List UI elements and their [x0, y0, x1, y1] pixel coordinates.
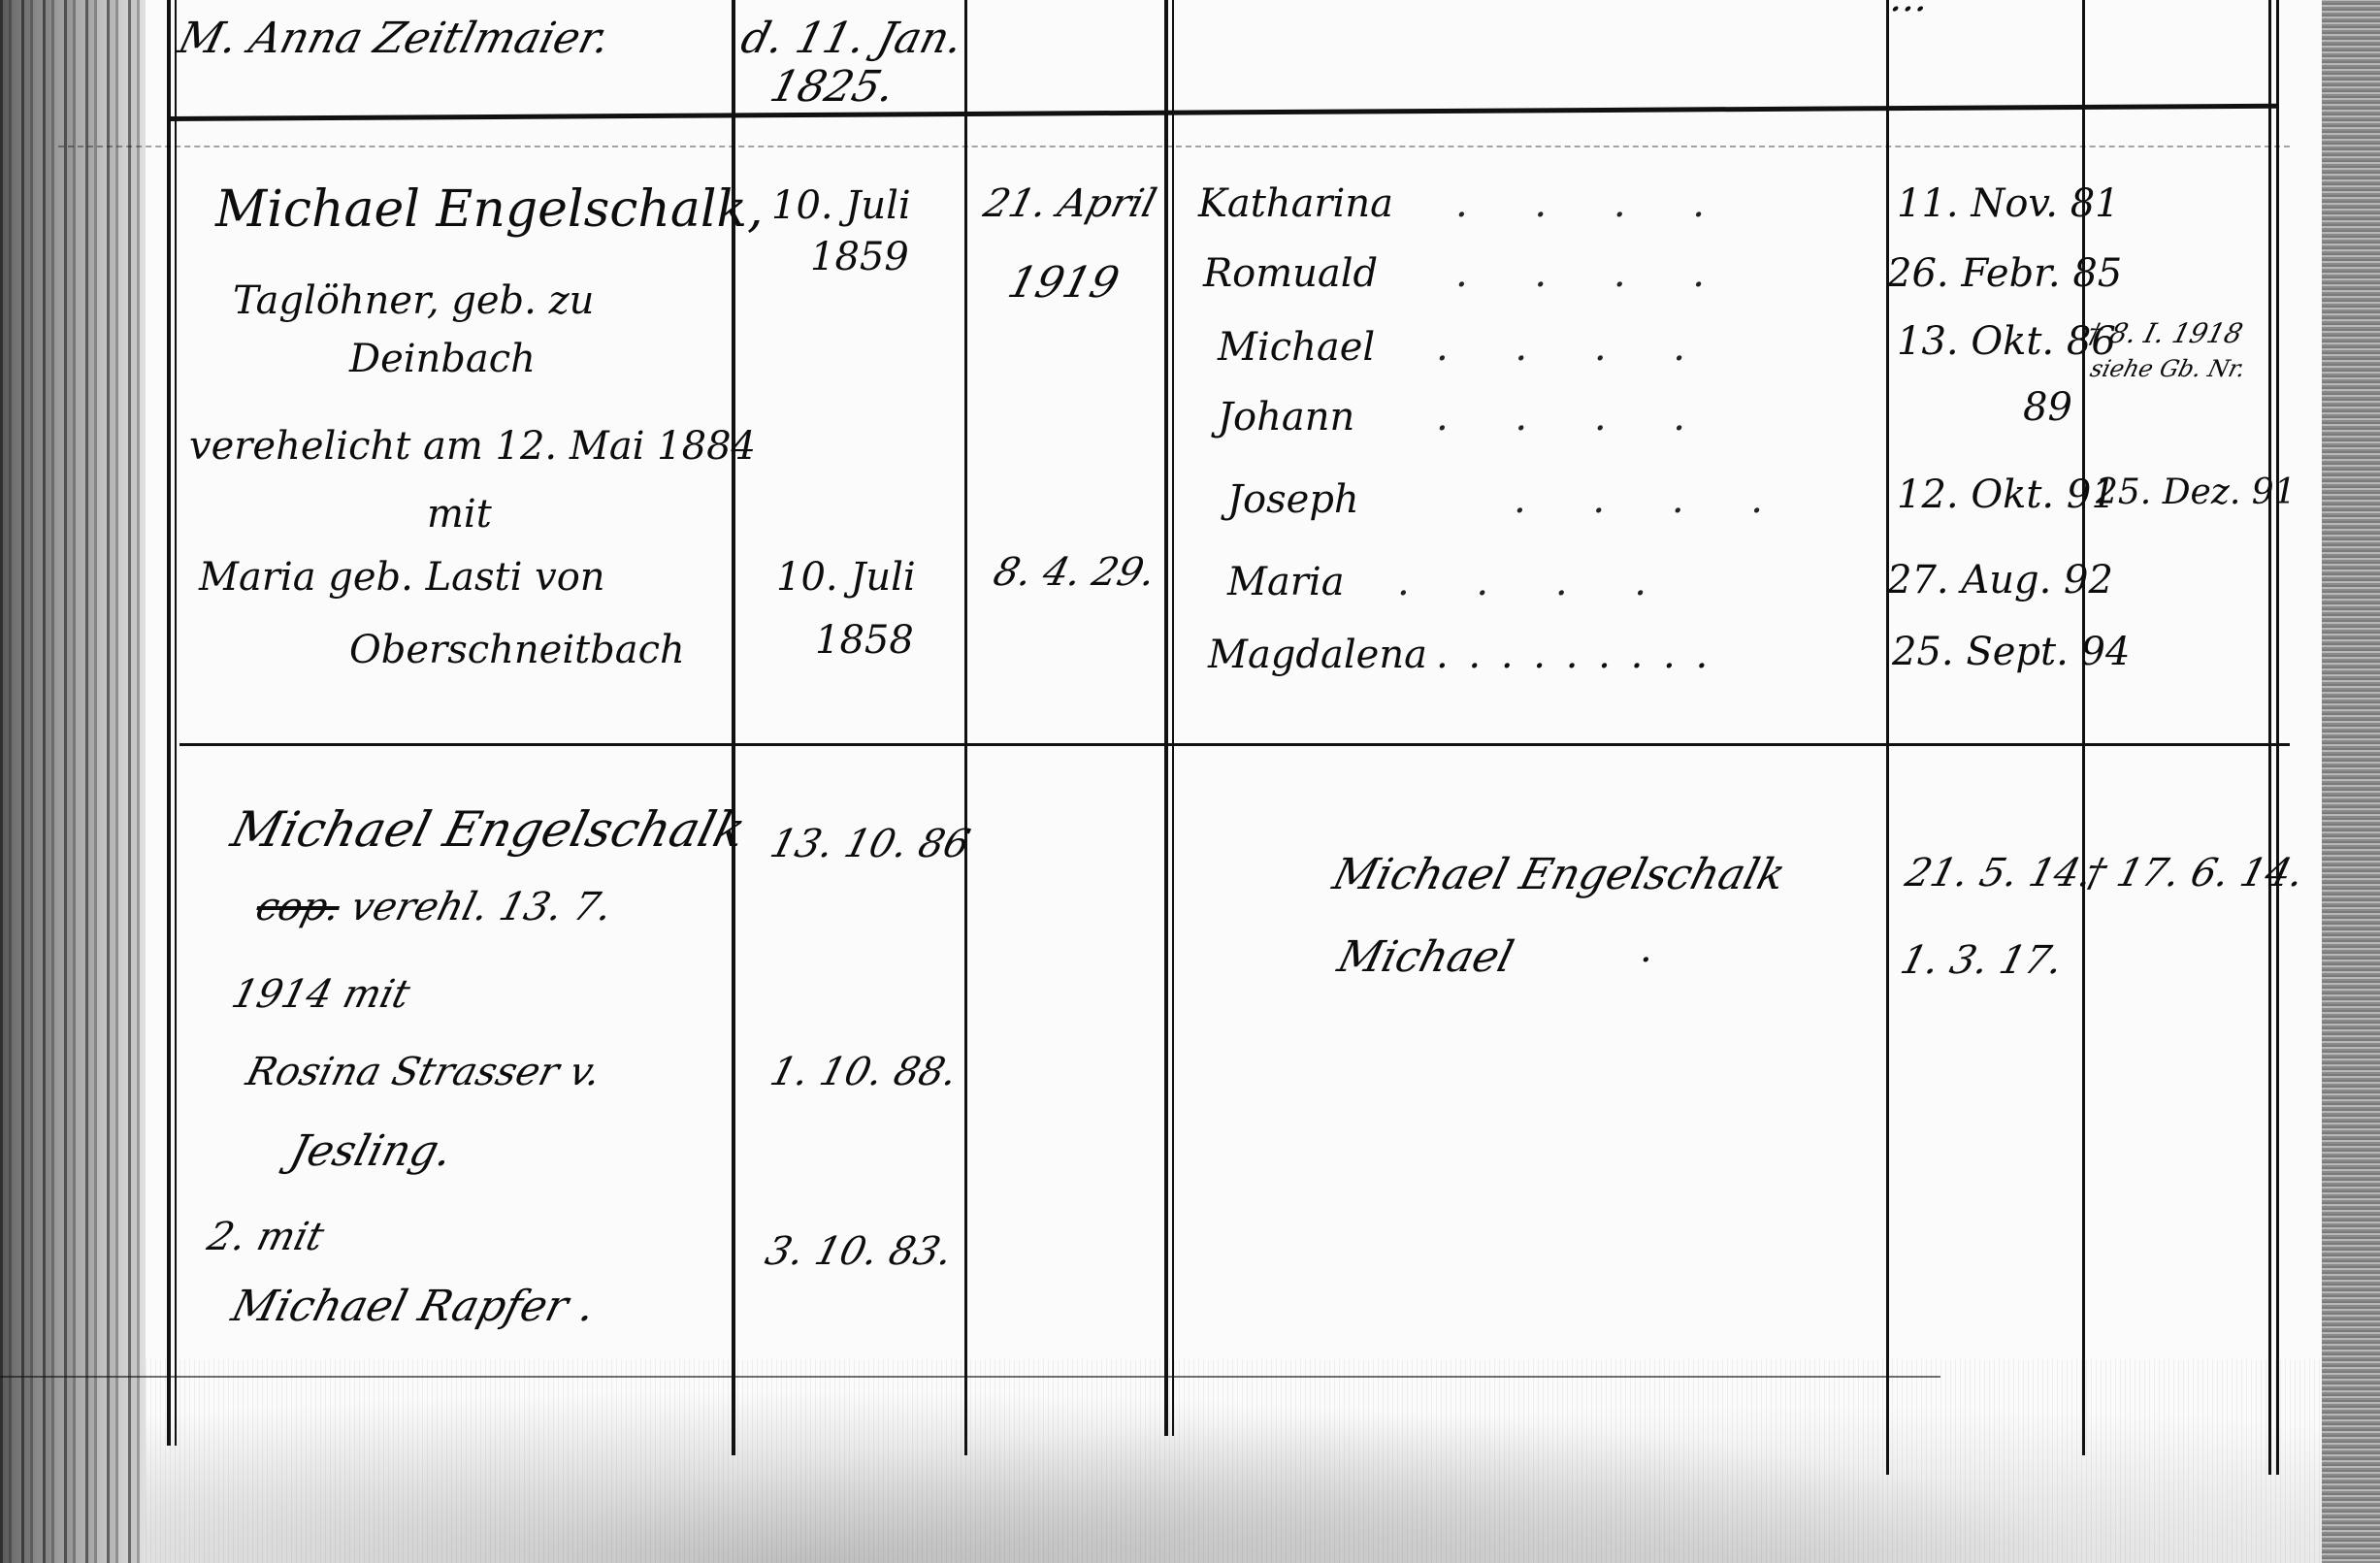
child-name: Johann [1218, 398, 1354, 437]
child-leader-dots: . . . . [1436, 398, 1712, 437]
husband-death-year: 1919 [1004, 262, 1124, 305]
previous-child-date-fragment: ... [1887, 0, 1934, 17]
child-leader-dots: . . . . . . . . . [1436, 635, 1712, 674]
husband-birth-year: 1859 [810, 238, 909, 277]
husband-birth-day: 10. Juli [771, 186, 911, 225]
rule-left-outer [167, 0, 171, 1446]
husband-name: Michael Engelschalk, [215, 184, 764, 235]
wife-1-name: Rosina Strasser v. [243, 1053, 604, 1091]
child-leader-dots: . . . . [1436, 328, 1712, 367]
wife-death-date: 8. 4. 29. [990, 553, 1159, 592]
wife-birth-day: 10. Juli [776, 558, 916, 597]
child-leader-dots: · [1640, 941, 1652, 980]
child-name: Michael [1218, 328, 1375, 367]
child-name: Joseph [1227, 480, 1359, 519]
child-name: Maria [1227, 563, 1345, 602]
child-reference-note: siehe Gb. Nr. [2088, 357, 2248, 380]
rule-col-child-birth [1886, 0, 1889, 1475]
child-death-date: 25. Dez. 91 [2096, 475, 2297, 510]
child-leader-dots: . . . . [1455, 184, 1732, 223]
child-leader-dots: . . . . [1397, 563, 1674, 602]
previous-wife-name: M. Anna Zeitlmaier. [175, 17, 614, 60]
second-spouse-name: Michael Rapfer . [228, 1286, 600, 1328]
wife-1-birthplace: Jesling. [286, 1130, 457, 1173]
child-death-note: † 8. I. 1918 [2085, 320, 2246, 347]
page-right-edge [2322, 0, 2380, 1563]
page-bottom-smudge [146, 1359, 2322, 1563]
child-birth-date: 21. 5. 14. [1902, 854, 2097, 893]
wife-1-birth-date: 1. 10. 88. [766, 1053, 962, 1091]
child-birth-date: 1. 3. 17. [1897, 941, 2067, 980]
rule-right-outer [2268, 0, 2271, 1475]
wife-birth-year: 1858 [815, 621, 914, 660]
second-spouse-birth-date: 3. 10. 83. [762, 1232, 957, 1271]
child-birth-date: 12. Okt. 91 [1897, 475, 2116, 514]
rule-right-inner [2276, 0, 2279, 1475]
wife-name: Maria geb. Lasti von [199, 558, 605, 597]
book-binding-edge [0, 0, 146, 1563]
child-birth-date: 13. Okt. 86 [1897, 322, 2116, 361]
marriage-with: mit [427, 495, 492, 534]
husband-birth-date: 13. 10. 86 [766, 825, 974, 863]
rule-row-guide [58, 146, 2290, 147]
marriage-line: verehelicht am 12. Mai 1884 [189, 427, 756, 466]
rule-col-children-outer [1164, 0, 1168, 1436]
rule-left-inner [175, 0, 177, 1446]
rule-col-children-inner [1172, 0, 1174, 1436]
marriage-line-2: 1914 mit [228, 975, 413, 1014]
rule-row-divider-bottom [0, 1376, 1940, 1378]
child-leader-dots: . . . . [1455, 254, 1732, 293]
child-name: Michael [1334, 936, 1517, 979]
child-birth-date: 89 [2023, 388, 2072, 427]
child-birth-date: 11. Nov. 81 [1897, 184, 2120, 223]
child-birth-date: 25. Sept. 94 [1892, 633, 2130, 671]
marriage-date: verehl. 13. 7. [346, 885, 617, 929]
previous-birth-date-day: d. 11. Jan. [737, 17, 967, 60]
child-name: Katharina [1198, 184, 1393, 223]
husband-birthplace: Deinbach [349, 340, 536, 378]
second-marriage-label: 2. mit [204, 1218, 328, 1256]
previous-birth-date-year: 1825. [766, 66, 899, 109]
rule-row-divider-top [167, 104, 2278, 121]
husband-occupation: Taglöhner, geb. zu [233, 281, 594, 320]
child-name: Michael Engelschalk [1329, 854, 1790, 896]
struck-abbreviation: cop. [251, 885, 344, 929]
rule-row-divider-middle [179, 743, 2290, 746]
child-death-date: † 17. 6. 14. [2081, 854, 2308, 893]
child-birth-date: 26. Febr. 85 [1887, 254, 2122, 293]
child-name: Romuald [1203, 254, 1378, 293]
marriage-line-1: cop. verehl. 13. 7. [252, 888, 616, 927]
child-leader-dots: . . . . [1514, 480, 1790, 519]
child-name: Magdalena [1208, 635, 1427, 674]
husband-name: Michael Engelschalk [227, 805, 750, 854]
rule-col-death [964, 0, 967, 1455]
husband-death-day: 21. April [980, 184, 1160, 223]
wife-birthplace: Oberschneitbach [349, 631, 685, 669]
child-birth-date: 27. Aug. 92 [1887, 561, 2113, 600]
